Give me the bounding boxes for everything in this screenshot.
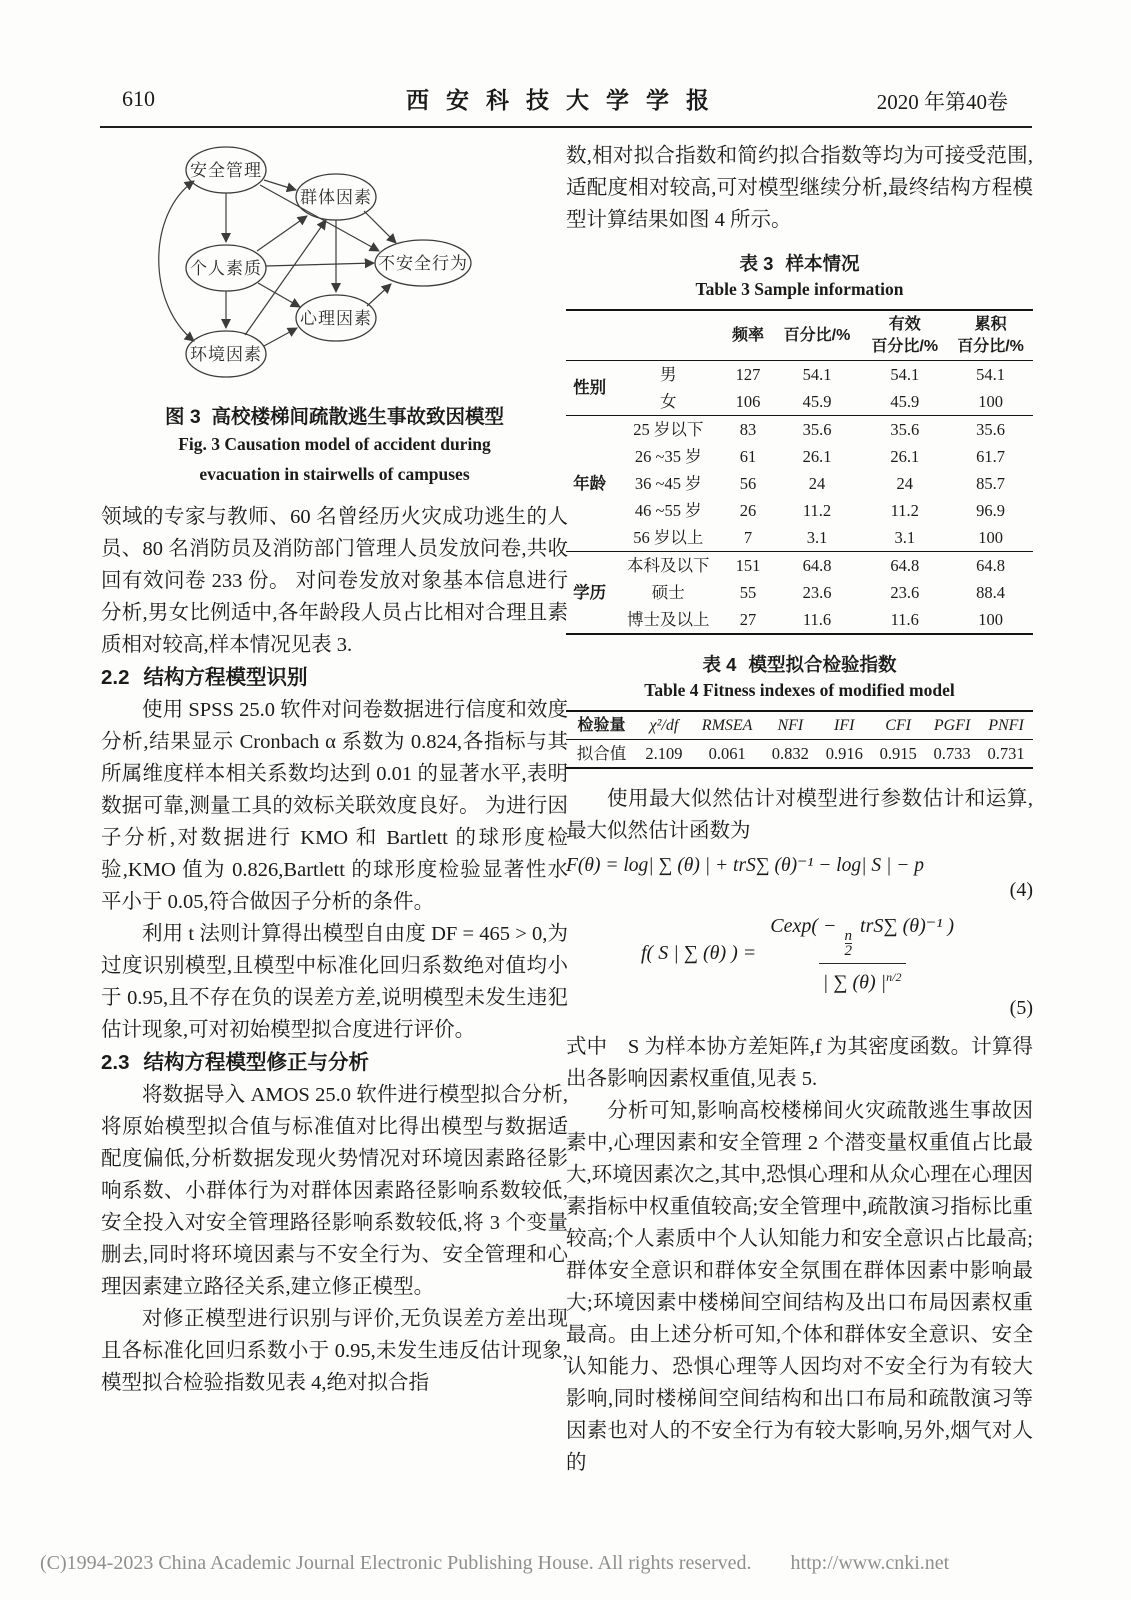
equation-5-numerator: Cexp( − n 2 trS∑ (θ)⁻¹ ) xyxy=(766,913,958,963)
table-cell: 88.4 xyxy=(948,579,1033,606)
table-cell: 54.1 xyxy=(773,361,862,389)
volume-label: 2020 年第40卷 xyxy=(877,86,1008,116)
table3-header-row: 频率 百分比/% 有效百分比/% 累积百分比/% xyxy=(566,310,1033,361)
table-cell: 0.832 xyxy=(763,740,817,769)
edge-personal-to-unsafe xyxy=(266,263,374,266)
table-cell: 26.1 xyxy=(861,443,948,470)
section-title: 结构方程模型识别 xyxy=(144,666,308,689)
node-personal-quality: 个人素质 xyxy=(186,245,266,291)
table-cell: 151 xyxy=(723,552,772,580)
table-row: 学历 本科及以下 151 64.8 64.8 64.8 xyxy=(566,552,1033,580)
node-unsafe-behavior: 不安全行为 xyxy=(375,240,471,286)
table-row: 硕士 55 23.6 23.6 88.4 xyxy=(566,579,1033,606)
equation-4-number: (4) xyxy=(566,877,1033,903)
table-cell: 0.915 xyxy=(871,740,925,769)
table-cell: 61 xyxy=(723,443,772,470)
table-cell: 46 ~55 岁 xyxy=(613,497,723,524)
section-heading-2-2: 2.2结构方程模型识别 xyxy=(101,661,568,694)
table-cell: 106 xyxy=(723,388,772,416)
equation-5: f( S | ∑ (θ) ) = Cexp( − n 2 trS∑ (θ)⁻¹ … xyxy=(566,913,1033,995)
table-cell: 26 ~35 岁 xyxy=(613,443,723,470)
section-title: 结构方程模型修正与分析 xyxy=(144,1051,370,1074)
table-cell: 男 xyxy=(613,361,723,389)
table-cell: 45.9 xyxy=(773,388,862,416)
n-over-2-fraction: n 2 xyxy=(845,929,853,958)
table-cell: 56 xyxy=(723,470,772,497)
edge-safety-to-group xyxy=(264,180,296,190)
svg-text:环境因素: 环境因素 xyxy=(190,345,262,364)
equation-5-lhs: f( S | ∑ (θ) ) = xyxy=(641,942,756,965)
svg-text:安全管理: 安全管理 xyxy=(190,161,262,180)
table-row: 年龄 25 岁以下 83 35.6 35.6 35.6 xyxy=(566,416,1033,444)
table-header-cell: PGFI xyxy=(925,711,979,740)
journal-page: 610 西安科技大学学报 2020 年第40卷 xyxy=(0,0,1131,1600)
table-header-cell: NFI xyxy=(763,711,817,740)
table-row: 博士及以上 27 11.6 11.6 100 xyxy=(566,606,1033,634)
svg-text:个人素质: 个人素质 xyxy=(190,259,262,278)
table-header-cell: CFI xyxy=(871,711,925,740)
table-cell: 64.8 xyxy=(948,552,1033,580)
table-cell: 24 xyxy=(773,470,862,497)
table-row: 女 106 45.9 45.9 100 xyxy=(566,388,1033,416)
table-cell: 硕士 xyxy=(613,579,723,606)
table-cell: 35.6 xyxy=(861,416,948,444)
page-header: 610 西安科技大学学报 2020 年第40卷 xyxy=(100,80,1032,124)
paragraph-sample-survey: 领域的专家与教师、60 名曾经历火灾成功逃生的人员、80 名消防员及消防部门管理… xyxy=(101,501,568,661)
table-cell: 83 xyxy=(723,416,772,444)
table-cell: 11.2 xyxy=(861,497,948,524)
edge-personal-to-group xyxy=(257,216,307,251)
table3-title-zh: 表 3样本情况 xyxy=(566,250,1033,276)
table-cell: 0.733 xyxy=(925,740,979,769)
paragraph-spss-reliability: 使用 SPSS 25.0 软件对问卷数据进行信度和效度分析,结果显示 Cronb… xyxy=(101,694,568,918)
right-column: 数,相对拟合指数和简约拟合指数等均为可接受范围,适配度相对较高,可对模型继续分析… xyxy=(566,140,1033,1479)
table-cell: 23.6 xyxy=(773,579,862,606)
paragraph-where-clause: 式中 S 为样本协方差矩阵,f 为其密度函数。计算得出各影响因素权重值,见表 5… xyxy=(566,1031,1033,1095)
node-group-factors: 群体因素 xyxy=(296,174,376,220)
table3-title-en: Table 3 Sample information xyxy=(566,279,1033,300)
table-cell: 61.7 xyxy=(948,443,1033,470)
table-header-cell: 累积百分比/% xyxy=(948,310,1033,361)
paragraph-fit-acceptable: 数,相对拟合指数和简约拟合指数等均为可接受范围,适配度相对较高,可对模型继续分析… xyxy=(566,140,1033,236)
table-cell: 11.6 xyxy=(773,606,862,634)
table-cell: 85.7 xyxy=(948,470,1033,497)
table-cell: 45.9 xyxy=(861,388,948,416)
table-header-cell: RMSEA xyxy=(691,711,764,740)
table-row: 性别 男 127 54.1 54.1 54.1 xyxy=(566,361,1033,389)
table-header-cell: PNFI xyxy=(979,711,1033,740)
figure3-caption-en-line1: Fig. 3 Causation model of accident durin… xyxy=(101,429,568,459)
table4-title-en: Table 4 Fitness indexes of modified mode… xyxy=(566,680,1033,701)
equation-5-number: (5) xyxy=(566,995,1033,1021)
table-cell: 博士及以上 xyxy=(613,606,723,634)
table-cell: 64.8 xyxy=(773,552,862,580)
paragraph-ml-estimation: 使用最大似然估计对模型进行参数估计和运算,最大似然估计函数为 xyxy=(566,783,1033,847)
table4-header-row: 检验量 χ²/df RMSEA NFI IFI CFI PGFI PNFI xyxy=(566,711,1033,740)
left-column: 安全管理 群体因素 个人素质 不安全行为 心理因素 xyxy=(101,140,568,1399)
copyright-footer: (C)1994-2023 China Academic Journal Elec… xyxy=(40,1552,949,1575)
table-cell: 拟合值 xyxy=(566,740,637,769)
table-cell: 27 xyxy=(723,606,772,634)
table-cell: 2.109 xyxy=(637,740,691,769)
table-cell: 11.6 xyxy=(861,606,948,634)
table4-title-zh: 表 4模型拟合检验指数 xyxy=(566,651,1033,677)
table-cell: 26.1 xyxy=(773,443,862,470)
edge-group-to-unsafe xyxy=(364,211,396,243)
section-number: 2.2 xyxy=(101,666,130,689)
table-cell: 36 ~45 岁 xyxy=(613,470,723,497)
table-header-cell: χ²/df xyxy=(637,711,691,740)
equation-5-fraction: Cexp( − n 2 trS∑ (θ)⁻¹ ) | ∑ (θ) |n/2 xyxy=(766,913,958,995)
svg-text:心理因素: 心理因素 xyxy=(300,309,372,328)
figure3-caption-en-line2: evacuation in stairwells of campuses xyxy=(101,459,568,489)
cnki-url: http://www.cnki.net xyxy=(791,1552,950,1574)
table-cell: 54.1 xyxy=(861,361,948,389)
node-psychological-factors: 心理因素 xyxy=(296,295,376,341)
edge-psych-to-unsafe xyxy=(367,284,391,306)
svg-text:群体因素: 群体因素 xyxy=(300,188,372,207)
table-row: 46 ~55 岁 26 11.2 11.2 96.9 xyxy=(566,497,1033,524)
section-number: 2.3 xyxy=(101,1051,130,1074)
table3-sample-information: 频率 百分比/% 有效百分比/% 累积百分比/% 性别 男 127 54.1 5… xyxy=(566,309,1033,635)
node-environmental-factors: 环境因素 xyxy=(186,331,266,377)
svg-text:不安全行为: 不安全行为 xyxy=(378,254,468,273)
edge-env-safety-bidirectional xyxy=(159,181,194,341)
causation-model-svg: 安全管理 群体因素 个人素质 不安全行为 心理因素 xyxy=(131,140,551,390)
table-row: 26 ~35 岁 61 26.1 26.1 61.7 xyxy=(566,443,1033,470)
group-label-education: 学历 xyxy=(566,552,613,635)
table-cell: 3.1 xyxy=(861,524,948,552)
table-cell: 64.8 xyxy=(861,552,948,580)
table-header-cell xyxy=(566,310,613,361)
paragraph-modified-model-eval: 对修正模型进行识别与评价,无负误差方差出现且各标准化回归系数小于 0.95,未发… xyxy=(101,1303,568,1399)
figure3-caption-label: 图 3 xyxy=(165,406,201,428)
table4-fitness-indexes: 检验量 χ²/df RMSEA NFI IFI CFI PGFI PNFI 拟合… xyxy=(566,710,1033,769)
table-cell: 23.6 xyxy=(861,579,948,606)
copyright-text: (C)1994-2023 China Academic Journal Elec… xyxy=(40,1552,752,1574)
table-row: 拟合值 2.109 0.061 0.832 0.916 0.915 0.733 … xyxy=(566,740,1033,769)
section-heading-2-3: 2.3结构方程模型修正与分析 xyxy=(101,1046,568,1079)
equation-5-denominator: | ∑ (θ) |n/2 xyxy=(819,963,906,995)
table-header-cell: 有效百分比/% xyxy=(861,310,948,361)
figure3-diagram: 安全管理 群体因素 个人素质 不安全行为 心理因素 xyxy=(131,140,568,395)
table-cell: 35.6 xyxy=(773,416,862,444)
table-cell: 54.1 xyxy=(948,361,1033,389)
header-rule xyxy=(100,126,1032,128)
paragraph-amos-fitting: 将数据导入 AMOS 25.0 软件进行模型拟合分析,将原始模型拟合值与标准值对… xyxy=(101,1079,568,1303)
table-cell: 96.9 xyxy=(948,497,1033,524)
table-header-cell: 频率 xyxy=(723,310,772,361)
table-cell: 11.2 xyxy=(773,497,862,524)
equation-4: F(θ) = log| ∑ (θ) | + trS∑ (θ)⁻¹ − log| … xyxy=(566,853,1033,877)
group-label-gender: 性别 xyxy=(566,361,613,416)
group-label-age: 年龄 xyxy=(566,416,613,552)
table-row: 56 岁以上 7 3.1 3.1 100 xyxy=(566,524,1033,552)
table-cell: 100 xyxy=(948,388,1033,416)
table-header-cell xyxy=(613,310,723,361)
table-cell: 100 xyxy=(948,524,1033,552)
table-cell: 127 xyxy=(723,361,772,389)
table-row: 36 ~45 岁 56 24 24 85.7 xyxy=(566,470,1033,497)
table-cell: 女 xyxy=(613,388,723,416)
table-header-cell: 检验量 xyxy=(566,711,637,740)
paragraph-analysis-weights: 分析可知,影响高校楼梯间火灾疏散逃生事故因素中,心理因素和安全管理 2 个潜变量… xyxy=(566,1095,1033,1479)
table-cell: 35.6 xyxy=(948,416,1033,444)
table-cell: 24 xyxy=(861,470,948,497)
table-header-cell: 百分比/% xyxy=(773,310,862,361)
table-cell: 100 xyxy=(948,606,1033,634)
table-cell: 55 xyxy=(723,579,772,606)
node-safety-management: 安全管理 xyxy=(186,147,266,193)
table-cell: 0.916 xyxy=(817,740,871,769)
edge-env-to-psych xyxy=(264,328,297,346)
table-cell: 0.731 xyxy=(979,740,1033,769)
table-cell: 7 xyxy=(723,524,772,552)
table-cell: 本科及以下 xyxy=(613,552,723,580)
table-cell: 0.061 xyxy=(691,740,764,769)
figure3-caption-zh: 图 3 高校楼梯间疏散逃生事故致因模型 xyxy=(101,401,568,429)
table-header-cell: IFI xyxy=(817,711,871,740)
table-cell: 25 岁以下 xyxy=(613,416,723,444)
table-cell: 26 xyxy=(723,497,772,524)
table-cell: 56 岁以上 xyxy=(613,524,723,552)
table-cell: 3.1 xyxy=(773,524,862,552)
paragraph-t-rule-df: 利用 t 法则计算得出模型自由度 DF = 465 > 0,为过度识别模型,且模… xyxy=(101,918,568,1046)
